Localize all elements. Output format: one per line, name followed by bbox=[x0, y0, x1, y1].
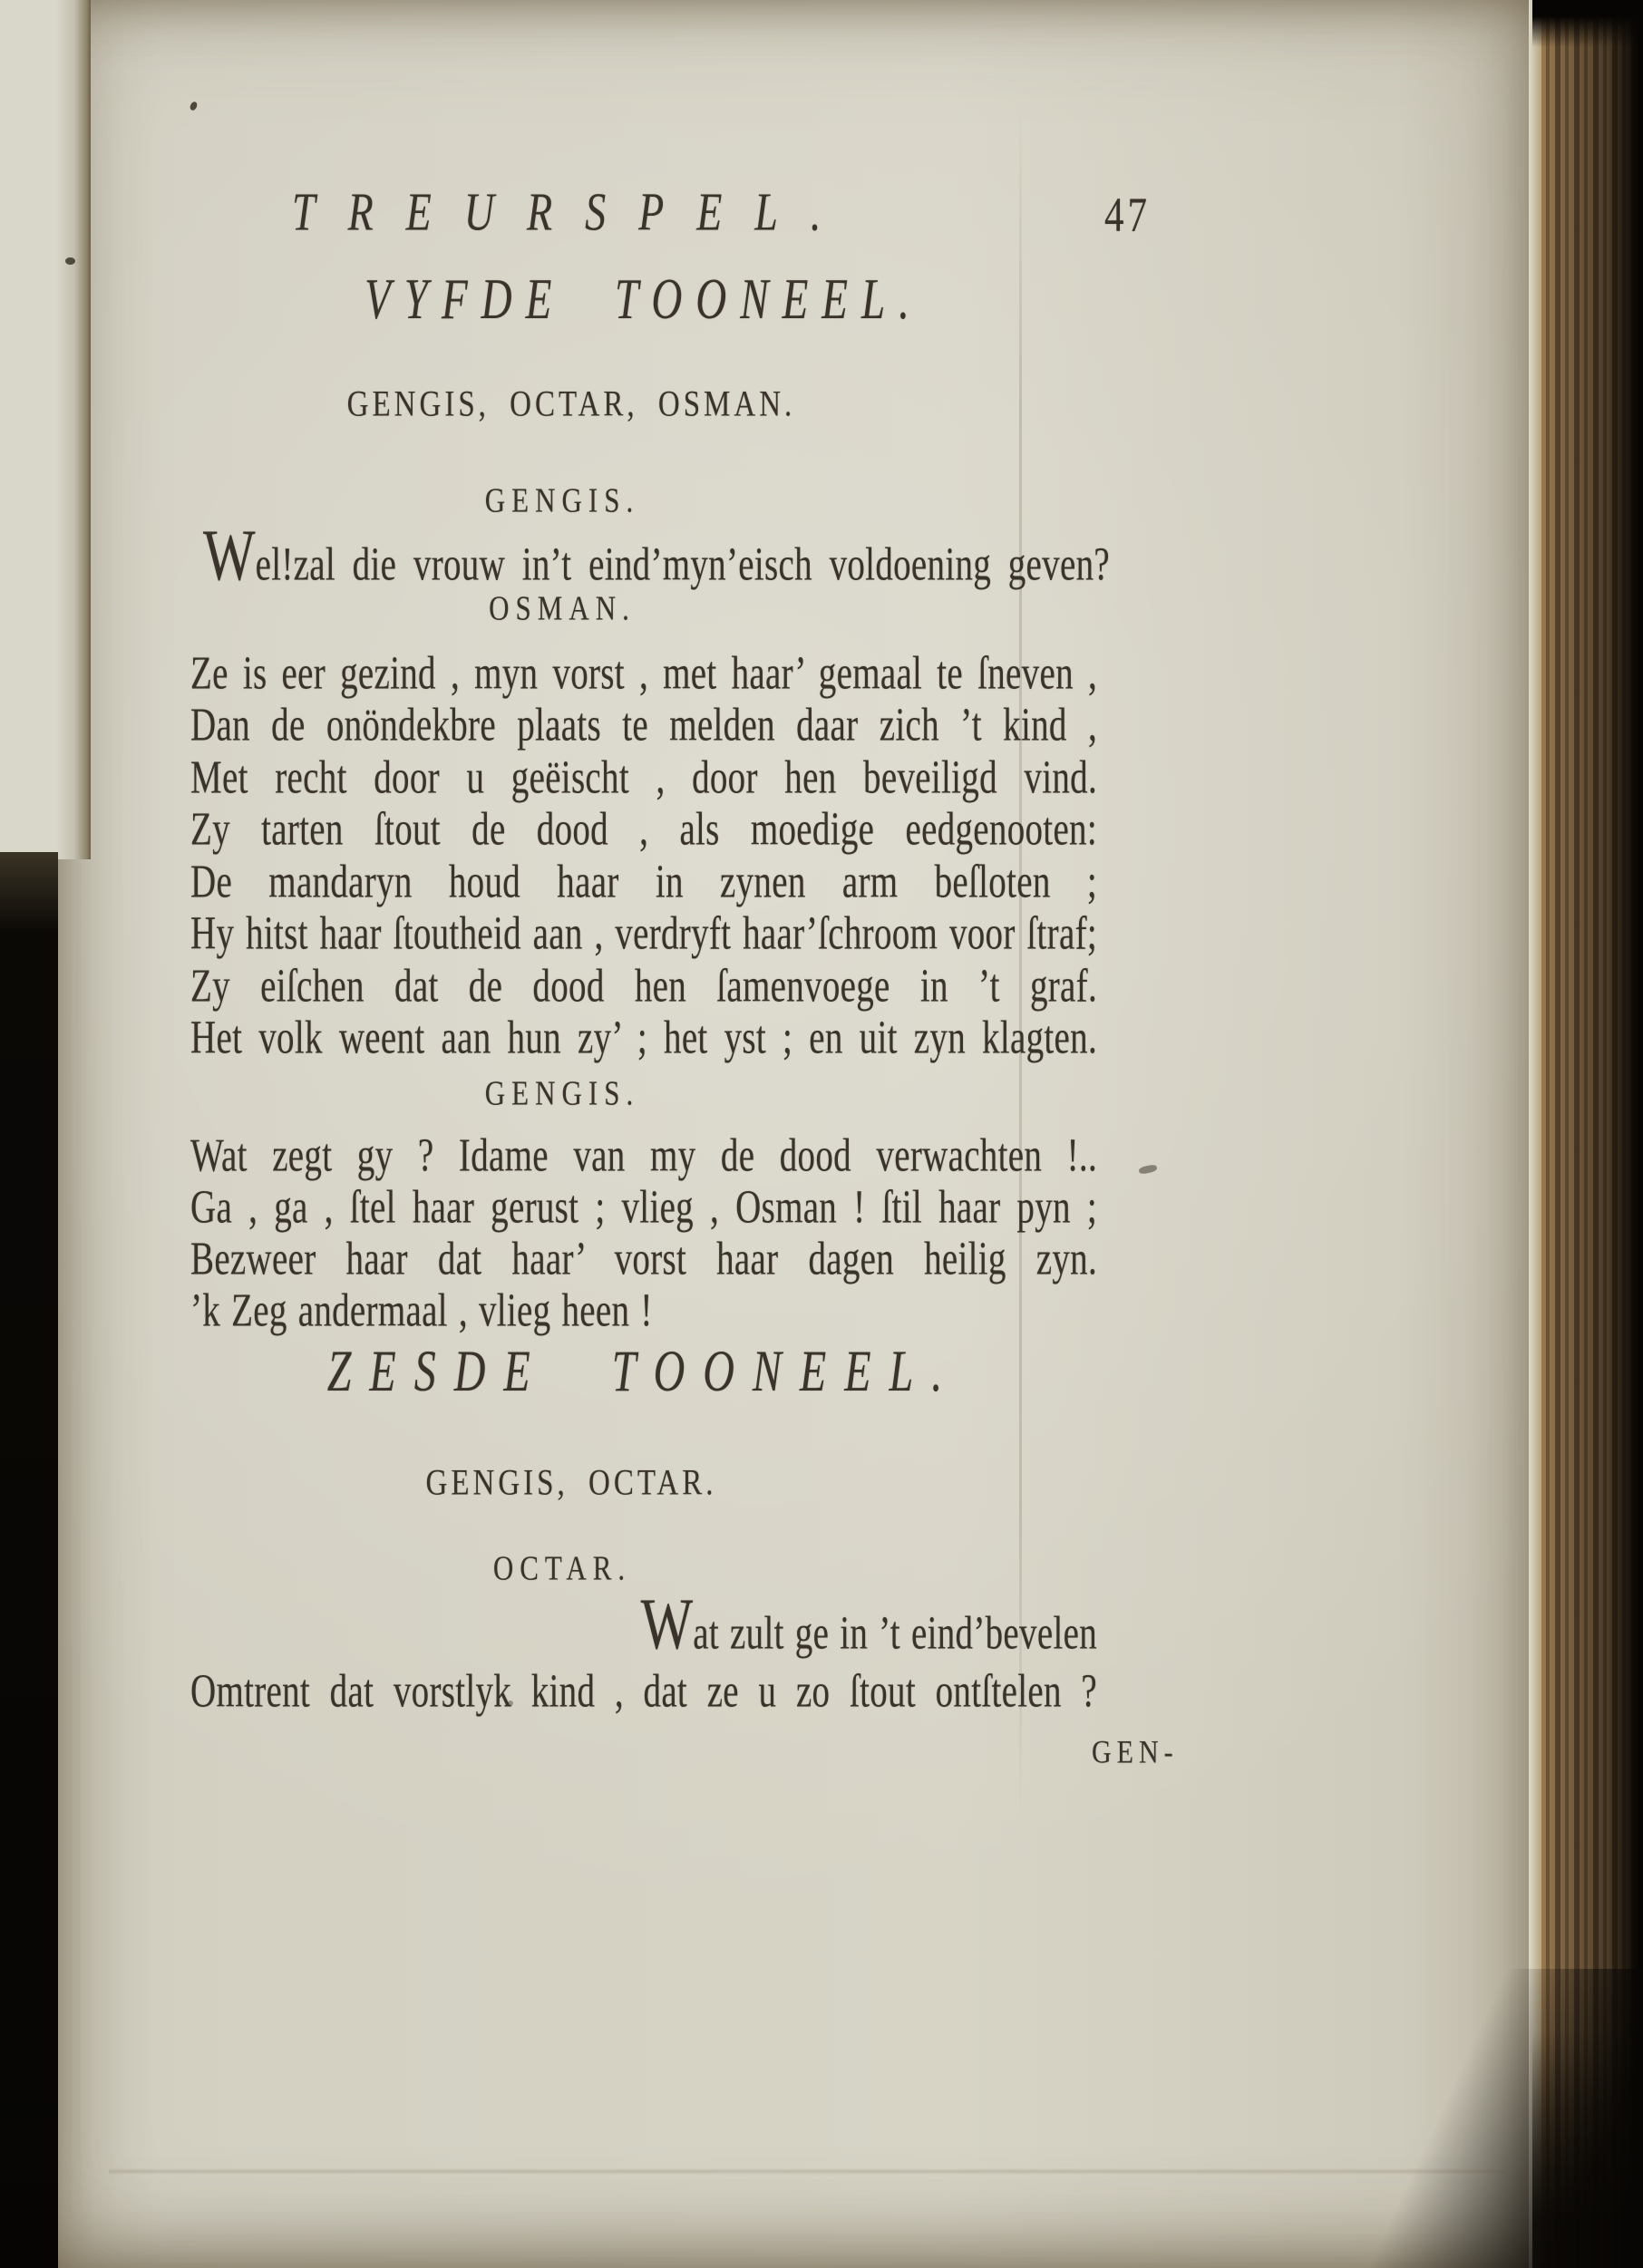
facing-page-edge bbox=[0, 0, 91, 859]
scene-heading-vyfde-tooneel: VYFDE TOONEEL. bbox=[190, 267, 1097, 333]
running-title: TREURSPEL. bbox=[292, 180, 853, 243]
verse-line: Het volk weent aan hun zy’ ; het yst ; e… bbox=[190, 1014, 1097, 1061]
verse-line: Zy tarten ſtout de dood , als moedige ee… bbox=[190, 806, 1135, 852]
verse-line: Omtrent dat vorstlyk kind , dat ze u zo … bbox=[190, 1668, 1102, 1714]
speaker-name-octar: OCTAR. bbox=[190, 1548, 934, 1588]
verse-line: Ze is eer gezind , myn vorst , met haar’… bbox=[190, 650, 1097, 696]
verse-line: Wel!zal die vrouw in’t eind’myn’eisch vo… bbox=[190, 519, 1110, 593]
verse-text: at zult ge in ’t eind’bevelen bbox=[693, 1607, 1097, 1659]
verse-line: Bezweer haar dat haar’ vorst haar dagen … bbox=[190, 1236, 1135, 1282]
verse-line: Wat zult ge in ’t eind’bevelen bbox=[190, 1588, 1097, 1662]
character-list: GENGIS, OCTAR. bbox=[190, 1463, 952, 1504]
speaker-name-osman: OSMAN. bbox=[190, 588, 934, 628]
page-number: 47 bbox=[1104, 188, 1151, 243]
catchword: GEN- bbox=[1092, 1734, 1179, 1771]
page-right-edge bbox=[1529, 0, 1541, 2268]
verse-line: Hy hitst haar ſtoutheid aan , verdryft h… bbox=[190, 910, 1097, 956]
scene-heading-zesde-tooneel: ZESDE TOONEEL. bbox=[190, 1338, 1097, 1405]
bottom-right-shadow bbox=[1253, 1969, 1643, 2268]
large-initial-w: W bbox=[203, 516, 256, 596]
speaker-name-gengis: GENGIS. bbox=[190, 1073, 934, 1113]
verse-line: Ga , ga , ſtel haar gerust ; vlieg , Osm… bbox=[190, 1184, 1108, 1230]
page-stack-shadow bbox=[1541, 0, 1643, 2268]
character-list: GENGIS, OCTAR, OSMAN. bbox=[190, 384, 952, 425]
verse-text: el!zal die vrouw in’t eind’myn’eisch vol… bbox=[256, 538, 1110, 590]
ink-speck bbox=[65, 257, 75, 265]
verse-line: Dan de onöndekbre plaats te melden daar … bbox=[190, 702, 1097, 748]
verse-line: Met recht door u geëischt , door hen bev… bbox=[190, 754, 1138, 800]
page-stack-shadow-top bbox=[1532, 0, 1643, 47]
verse-line: ’k Zeg andermaal , vlieg heen ! bbox=[190, 1287, 1097, 1333]
large-initial-w: W bbox=[641, 1585, 694, 1664]
speaker-name-gengis: GENGIS. bbox=[190, 480, 934, 520]
verse-line: De mandaryn houd haar in zynen arm beſlo… bbox=[190, 858, 1177, 905]
background-left bbox=[0, 852, 58, 2268]
horizontal-crease bbox=[109, 2168, 1505, 2175]
verse-line: Zy eiſchen dat de dood hen ſamenvoege in… bbox=[190, 963, 1141, 1009]
verse-line: Wat zegt gy ? Idame van my de dood verwa… bbox=[190, 1132, 1129, 1178]
book-photo: TREURSPEL. 47 VYFDE TOONEEL. GENGIS, OCT… bbox=[0, 0, 1643, 2268]
